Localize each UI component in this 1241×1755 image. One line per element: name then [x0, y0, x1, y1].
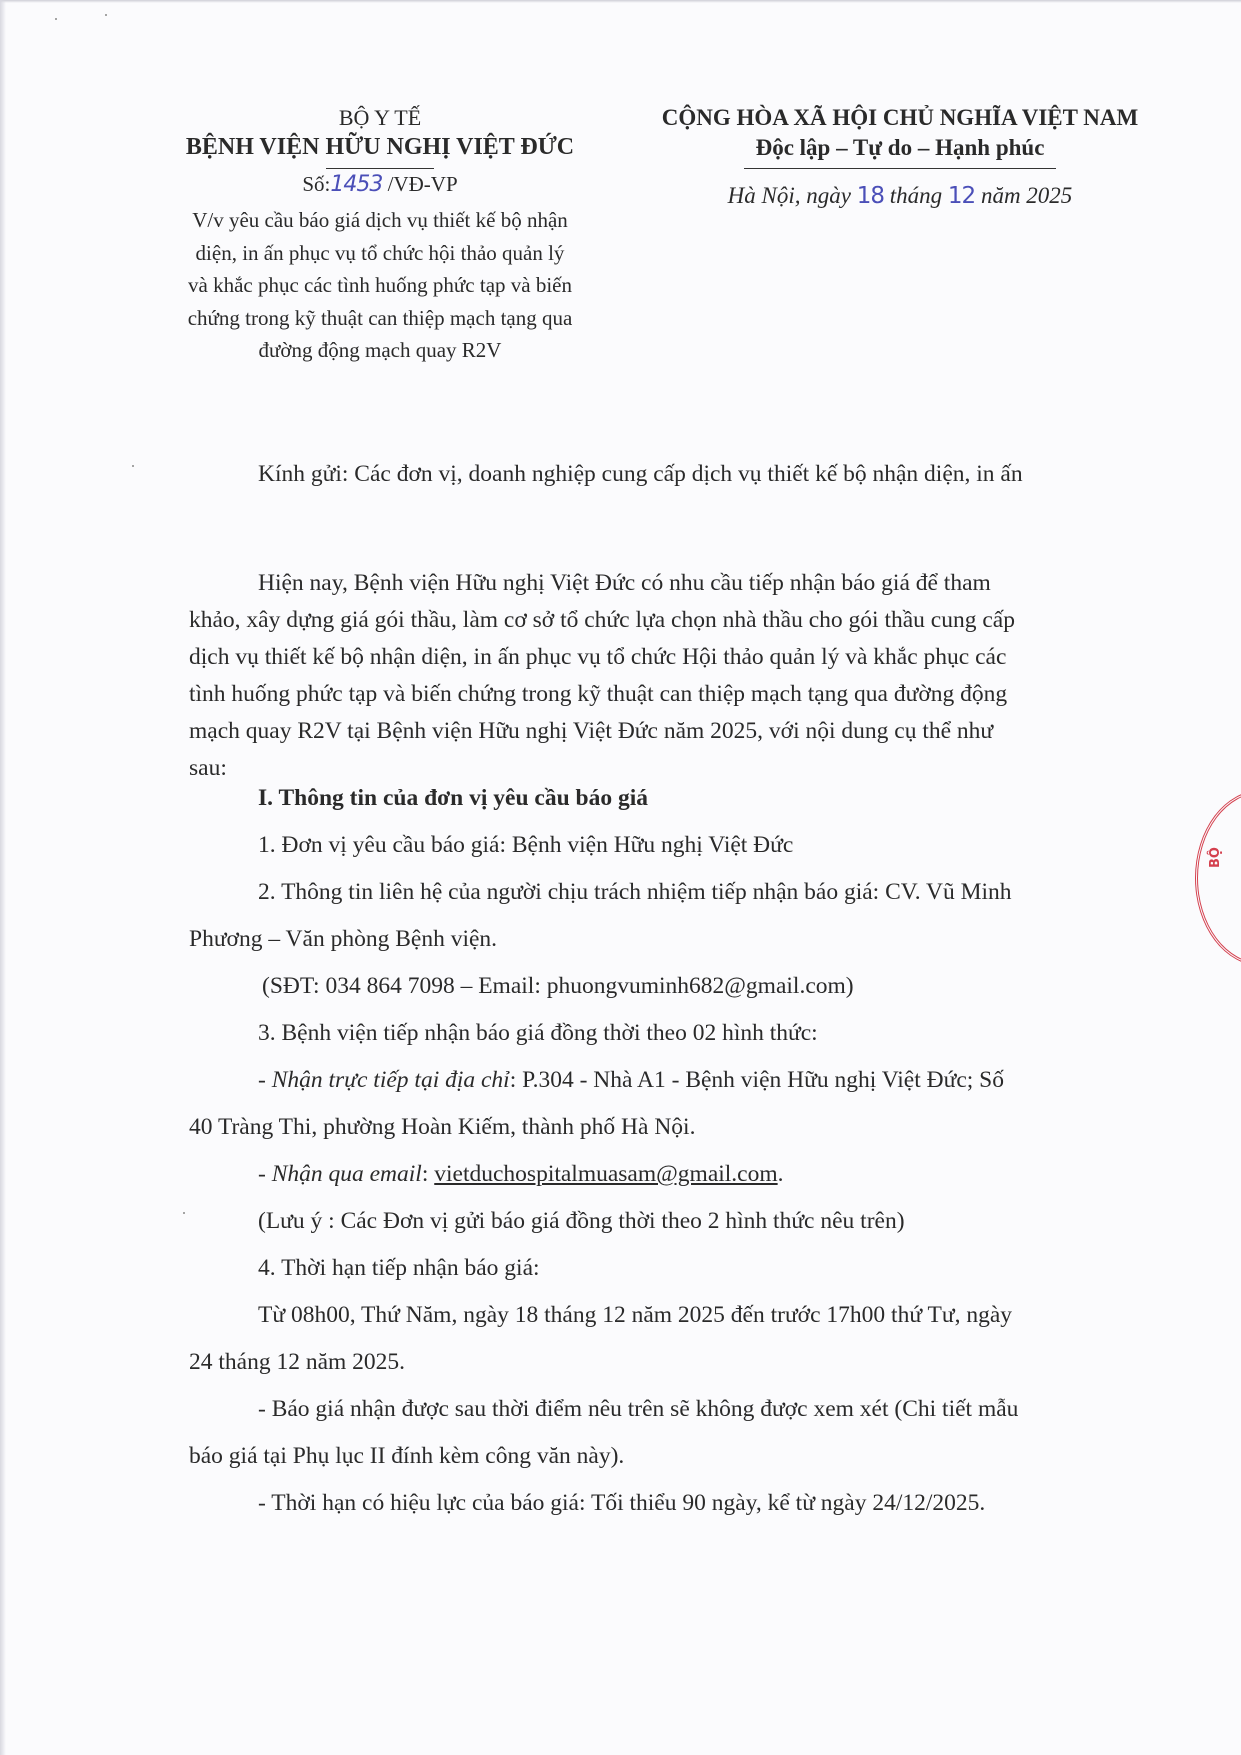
scan-speck: [132, 465, 134, 467]
doc-number-handwritten: 1453: [330, 172, 382, 197]
issuer-block: BỘ Y TẾ BỆNH VIỆN HỮU NGHỊ VIỆT ĐỨC Số:1…: [140, 104, 620, 200]
contact-line: (SĐT: 034 864 7098 – Email: phuongvuminh…: [262, 968, 1206, 1005]
subject-line: chứng trong kỹ thuật can thiệp mạch tạng…: [140, 302, 620, 335]
period-line1: Từ 08h00, Thứ Năm, ngày 18 tháng 12 năm …: [258, 1297, 1133, 1334]
email-delivery-line: - Nhận qua email: vietduchospitalmuasam@…: [258, 1156, 1202, 1193]
intro-paragraph: Hiện nay, Bệnh viện Hữu nghị Việt Đức có…: [189, 565, 1133, 787]
intro-line: mạch quay R2V tại Bệnh viện Hữu nghị Việ…: [189, 713, 1133, 750]
recipient-line: Kính gửi: Các đơn vị, doanh nghiệp cung …: [258, 457, 1023, 491]
hospital-name: BỆNH VIỆN HỮU NGHỊ VIỆT ĐỨC: [140, 132, 620, 162]
direct-delivery-label: - Nhận trực tiếp tại địa chỉ: [258, 1067, 510, 1093]
date-prefix: Hà Nội, ngày: [728, 183, 857, 208]
ministry-name: BỘ Y TẾ: [140, 104, 620, 132]
motto-underline: [744, 168, 1056, 169]
scan-speck: [105, 14, 107, 16]
seal-text: BỘ: [1208, 847, 1223, 868]
item-1: 1. Đơn vị yêu cầu báo giá: Bệnh viện Hữu…: [258, 827, 1202, 864]
note-line: (Lưu ý : Các Đơn vị gửi báo giá đồng thờ…: [258, 1203, 1202, 1240]
subject-line: và khắc phục các tình huống phức tạp và …: [140, 269, 620, 302]
doc-number-suffix: /VĐ-VP: [382, 172, 457, 196]
email-sep: :: [422, 1161, 434, 1187]
doc-number-prefix: Số:: [302, 172, 330, 196]
date-month-label: tháng: [884, 183, 948, 208]
item-2-line2: Phương – Văn phòng Bệnh viện.: [189, 921, 1133, 958]
document-number: Số:1453 /VĐ-VP: [140, 169, 620, 200]
direct-delivery-line2: 40 Tràng Thi, phường Hoàn Kiếm, thành ph…: [189, 1109, 1133, 1146]
intro-line: khảo, xây dựng giá gói thầu, làm cơ sở t…: [189, 602, 1133, 639]
subject-line: diện, in ấn phục vụ tổ chức hội thảo quả…: [140, 237, 620, 270]
republic-title: CỘNG HÒA XÃ HỘI CHỦ NGHĨA VIỆT NAM: [620, 104, 1180, 132]
date-line: Hà Nội, ngày 18 tháng 12 năm 2025: [620, 179, 1180, 213]
scan-speck: [55, 18, 57, 20]
procurement-email-link[interactable]: vietduchospitalmuasam@gmail.com: [434, 1161, 777, 1187]
email-end: .: [778, 1161, 784, 1187]
subject-line: V/v yêu cầu báo giá dịch vụ thiết kế bộ …: [140, 204, 620, 237]
document-page: BỘ Y TẾ BỆNH VIỆN HỮU NGHỊ VIỆT ĐỨC Số:1…: [0, 0, 1241, 1755]
item-2-line1: 2. Thông tin liên hệ của người chịu trác…: [258, 874, 1133, 911]
date-day-handwritten: 18: [857, 183, 884, 209]
direct-delivery-address: : P.304 - Nhà A1 - Bệnh viện Hữu nghị Vi…: [510, 1067, 1004, 1093]
email-delivery-label: - Nhận qua email: [258, 1161, 422, 1187]
national-header: CỘNG HÒA XÃ HỘI CHỦ NGHĨA VIỆT NAM Độc l…: [620, 104, 1180, 213]
subject-block: V/v yêu cầu báo giá dịch vụ thiết kế bộ …: [140, 204, 620, 367]
period-line2: 24 tháng 12 năm 2025.: [189, 1344, 1133, 1381]
item-3: 3. Bệnh viện tiếp nhận báo giá đồng thời…: [258, 1015, 1202, 1052]
late-line1: - Báo giá nhận được sau thời điểm nêu tr…: [258, 1391, 1133, 1428]
item-4: 4. Thời hạn tiếp nhận báo giá:: [258, 1250, 1202, 1287]
late-line2: báo giá tại Phụ lục II đính kèm công văn…: [189, 1438, 1133, 1475]
date-year: năm 2025: [975, 183, 1072, 208]
direct-delivery-line1: - Nhận trực tiếp tại địa chỉ: P.304 - Nh…: [258, 1062, 1133, 1099]
intro-line: tình huống phức tạp và biến chứng trong …: [189, 676, 1133, 713]
subject-line: đường động mạch quay R2V: [140, 334, 620, 367]
date-month-handwritten: 12: [948, 183, 975, 209]
national-motto: Độc lập – Tự do – Hạnh phúc: [620, 132, 1180, 164]
scan-speck: [183, 1212, 185, 1214]
intro-line: dịch vụ thiết kế bộ nhận diện, in ấn phụ…: [189, 639, 1133, 676]
section-heading: I. Thông tin của đơn vị yêu cầu báo giá: [258, 780, 1202, 817]
intro-line: Hiện nay, Bệnh viện Hữu nghị Việt Đức có…: [189, 565, 1133, 602]
validity-line: - Thời hạn có hiệu lực của báo giá: Tối …: [258, 1485, 1133, 1522]
scan-edge-left: [0, 0, 6, 1755]
scan-edge-top: [0, 0, 1241, 3]
